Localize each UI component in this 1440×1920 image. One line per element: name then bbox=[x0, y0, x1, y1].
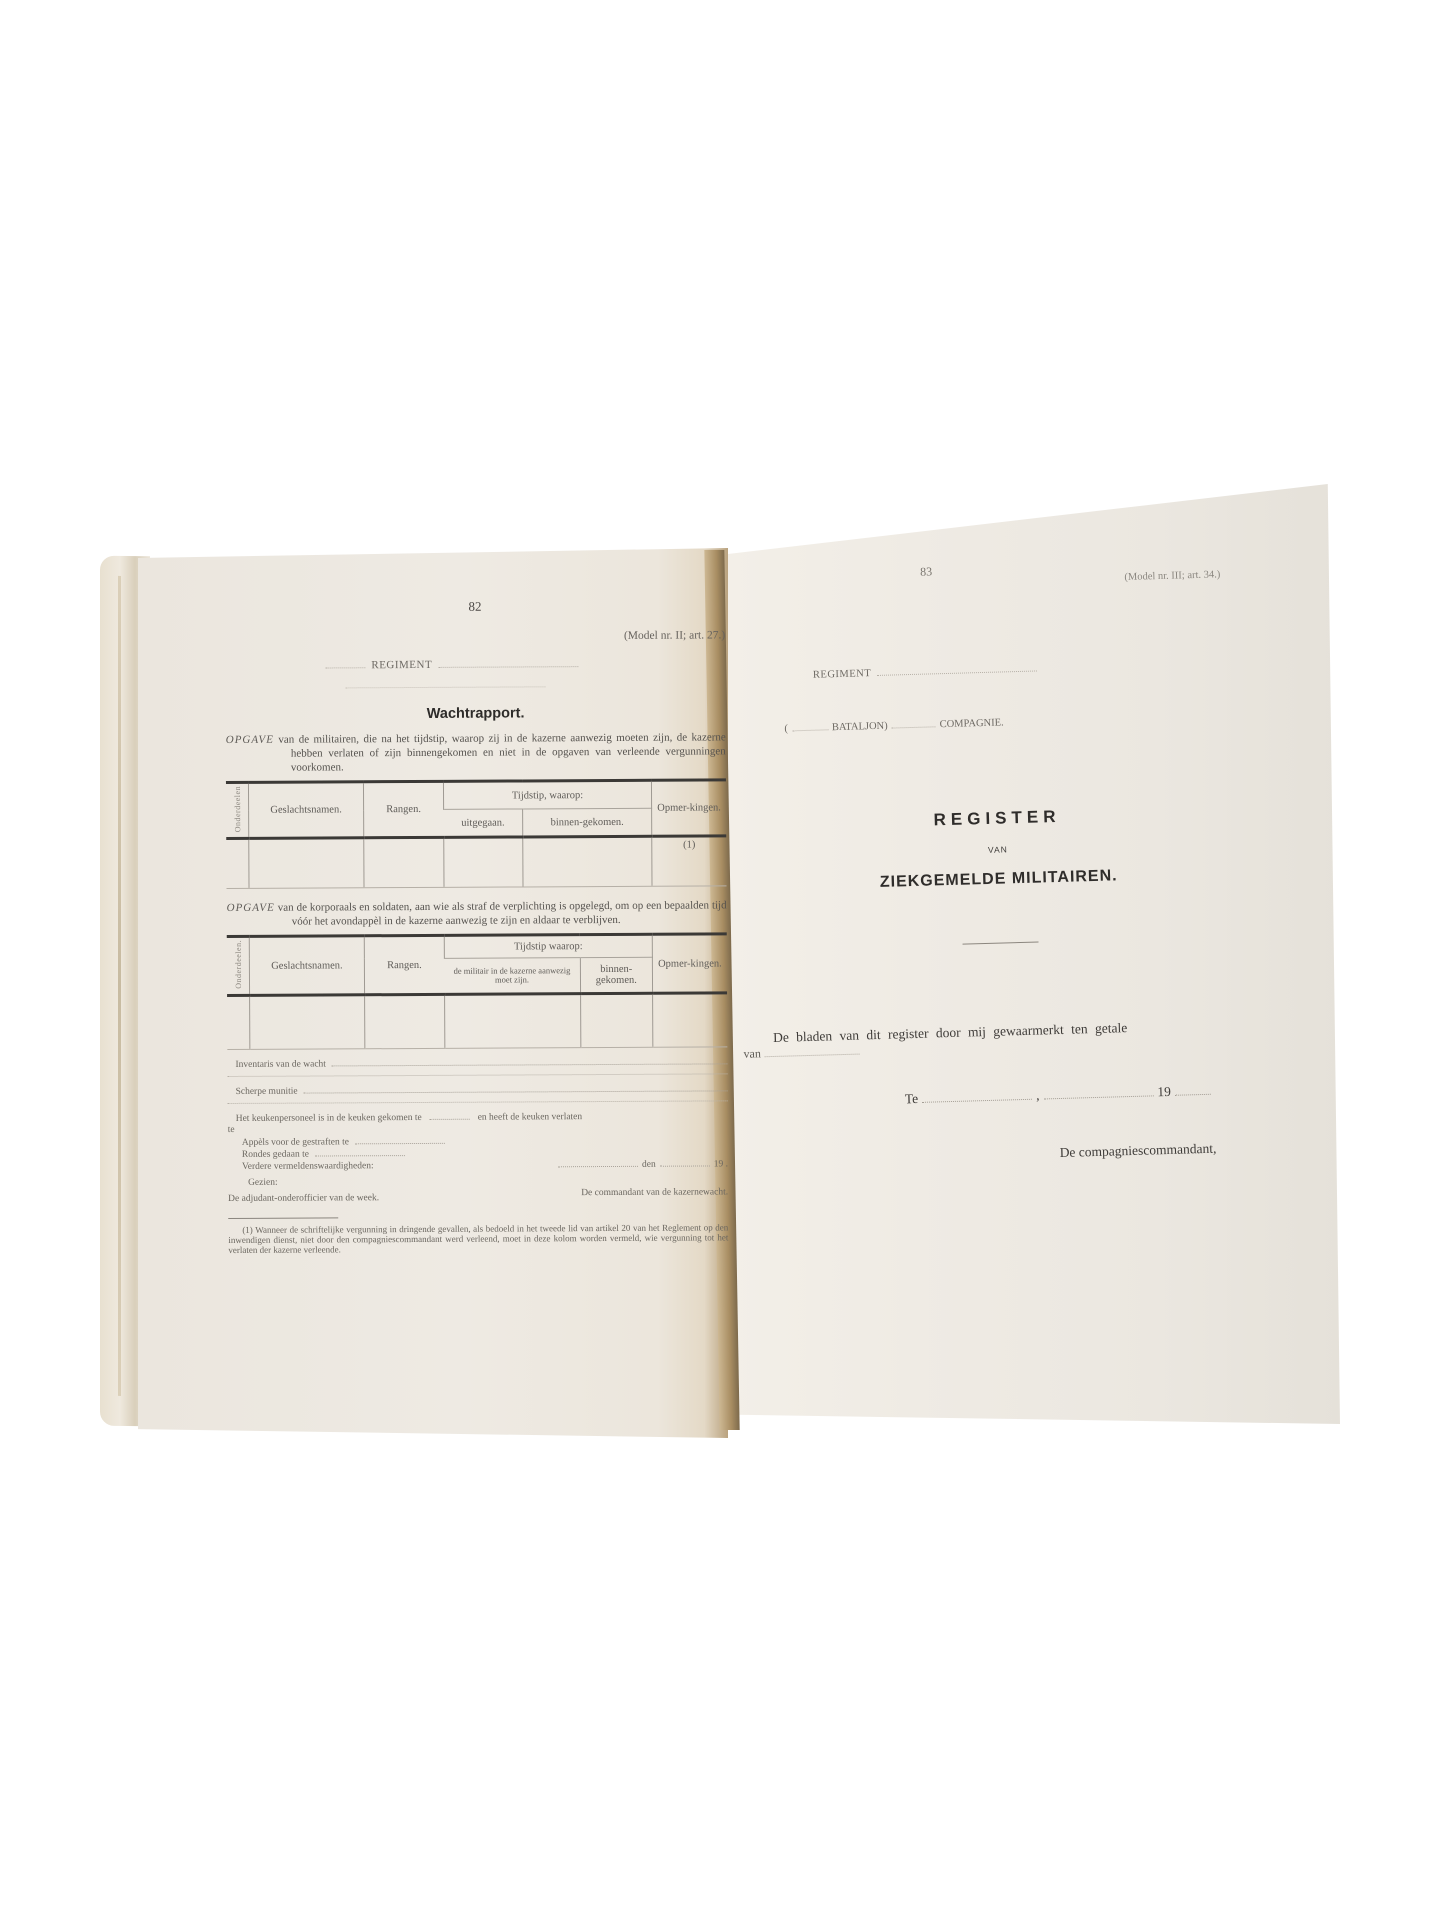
remarks-note: (1) bbox=[652, 836, 727, 886]
open-book: 82 (Model nr. II; art. 27.) REGIMENT Wac… bbox=[0, 0, 1440, 1920]
col-in: binnen-gekomen. bbox=[580, 957, 653, 994]
register-title: REGISTER bbox=[737, 801, 1257, 836]
regiment-blank bbox=[877, 670, 1037, 675]
regiment-label: REGIMENT bbox=[371, 659, 432, 671]
regiment-blank bbox=[438, 666, 578, 668]
bataljon-label: BATALJON) bbox=[832, 721, 888, 734]
section-2-intro: OPGAVE van de korporaals en soldaten, aa… bbox=[227, 899, 727, 930]
regiment-field: REGIMENT bbox=[225, 657, 725, 672]
commandant-signature: De commandant van de kazernewacht. bbox=[581, 1176, 728, 1203]
col-present: de militair in de kazerne aanwezig moet … bbox=[444, 957, 580, 994]
adjudant-signature: De adjudant-onderofficier van de week. bbox=[228, 1193, 379, 1204]
blank-line bbox=[345, 686, 545, 688]
gezien-label: Gezien: bbox=[228, 1177, 379, 1188]
appels-field: Appèls voor de gestraften te bbox=[228, 1136, 728, 1149]
opgave-keyword: OPGAVE bbox=[226, 734, 274, 746]
place-date-field: Te,19 bbox=[745, 1081, 1265, 1112]
section-1-intro: OPGAVE van de militairen, die na het tij… bbox=[226, 730, 726, 775]
compagnie-label: COMPAGNIE. bbox=[939, 717, 1003, 730]
register-van: VAN bbox=[738, 837, 1258, 862]
ammo-field: Scherpe munitie bbox=[228, 1085, 728, 1098]
footnote: (1) Wanneer de schriftelijke vergunning … bbox=[228, 1223, 728, 1256]
table-punished-soldiers: Onderdeelen. Geslachtsnamen. Rangen. Tij… bbox=[227, 933, 728, 1050]
opgave-text: van de korporaals en soldaten, aan wie a… bbox=[278, 900, 727, 928]
col-remarks: Opmer-kingen. bbox=[652, 934, 727, 993]
table-row bbox=[227, 993, 727, 1050]
battalion-company-field: (BATALJON)COMPAGNIE. bbox=[734, 710, 1254, 736]
table-row: (1) bbox=[226, 836, 726, 889]
page-number: 82 bbox=[225, 597, 725, 616]
page-title: Wachtrapport. bbox=[226, 704, 726, 723]
signatures: Gezien: De adjudant-onderofficier van de… bbox=[228, 1176, 728, 1205]
regiment-label: REGIMENT bbox=[813, 668, 872, 681]
col-names: Geslachtsnamen. bbox=[249, 936, 364, 995]
opgave-text: van de militairen, die na het tijdstip, … bbox=[278, 731, 725, 773]
left-page: 82 (Model nr. II; art. 27.) REGIMENT Wac… bbox=[225, 597, 728, 1255]
col-in: binnen-gekomen. bbox=[523, 808, 652, 837]
col-out: uitgegaan. bbox=[444, 809, 523, 838]
footnote-rule bbox=[228, 1218, 338, 1220]
col-names: Geslachtsnamen. bbox=[248, 782, 363, 839]
title-rule bbox=[963, 942, 1039, 945]
register-subtitle: ZIEKGEMELDE MILITAIREN. bbox=[739, 863, 1259, 896]
col-onderdeelen: Onderdeelen. bbox=[227, 937, 250, 996]
inventory-field: Inventaris van de wacht bbox=[227, 1058, 727, 1071]
col-ranks: Rangen. bbox=[364, 936, 444, 995]
col-time-group: Tijdstip, waarop: bbox=[443, 780, 651, 809]
model-reference: (Model nr. II; art. 27.) bbox=[225, 629, 725, 644]
regiment-field: REGIMENT bbox=[733, 657, 1253, 683]
table-late-returns: Onderdeelen Geslachtsnamen. Rangen. Tijd… bbox=[226, 778, 727, 889]
col-onderdeelen: Onderdeelen bbox=[226, 782, 249, 838]
opgave-keyword: OPGAVE bbox=[227, 902, 275, 914]
right-page: 83 (Model nr. III; art. 34.) REGIMENT (B… bbox=[730, 555, 1267, 1169]
rondes-field: Rondes gedaan te bbox=[228, 1148, 728, 1161]
kitchen-field: Het keukenpersoneel is in de keuken geko… bbox=[228, 1112, 728, 1137]
col-time-group: Tijdstip waarop: bbox=[444, 935, 652, 958]
col-ranks: Rangen. bbox=[363, 781, 443, 838]
col-remarks: Opmer-kingen. bbox=[651, 780, 726, 837]
